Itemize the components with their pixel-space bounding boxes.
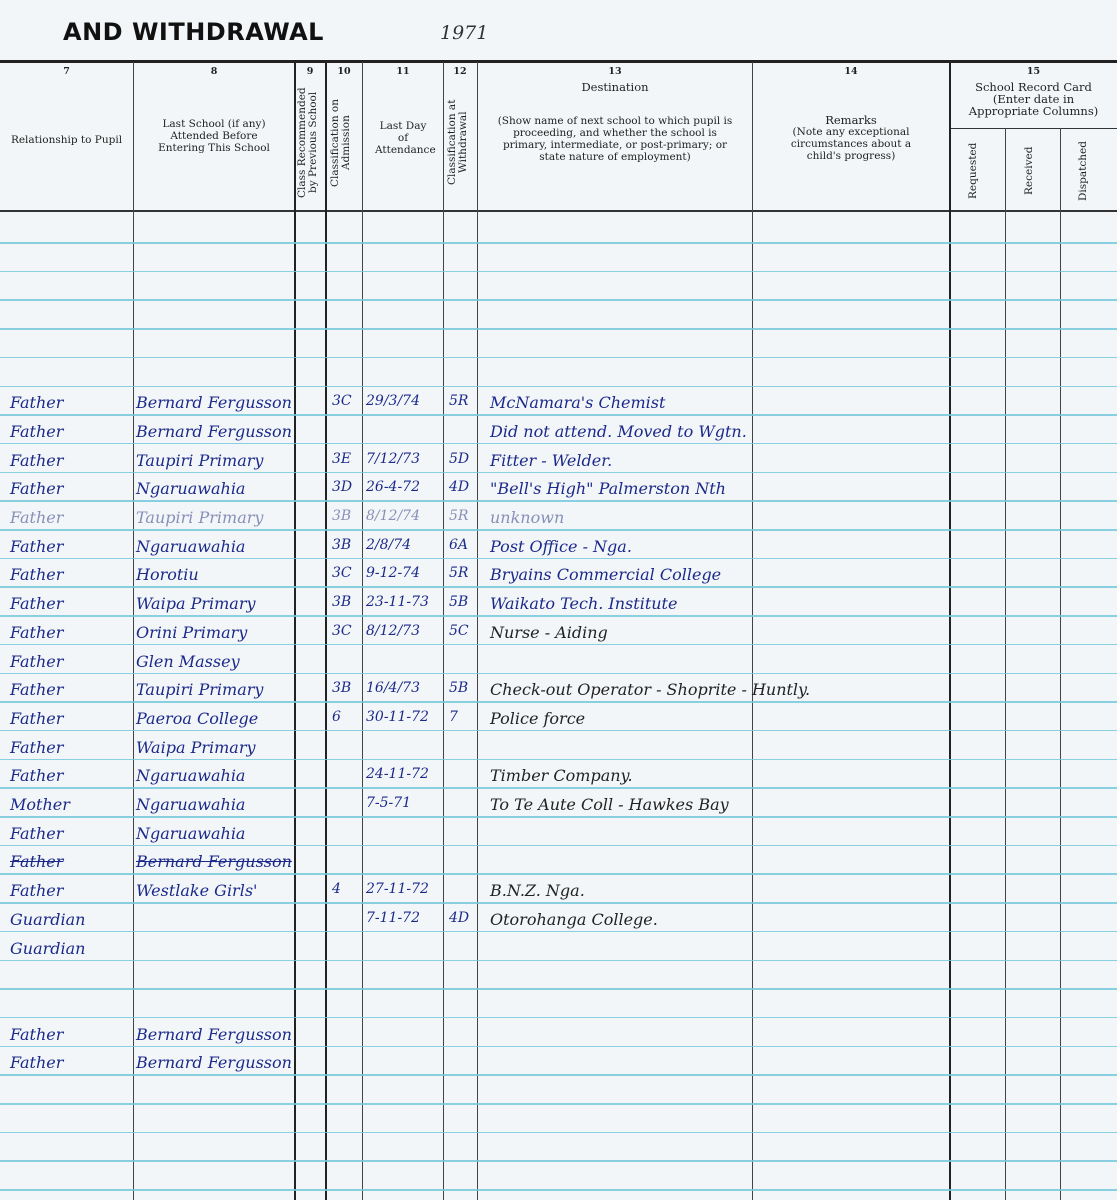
column-divider bbox=[752, 62, 753, 1200]
ruled-line bbox=[0, 1189, 1117, 1191]
header-class-admission: 10 bbox=[326, 66, 362, 81]
cell-last-day: 2/8/74 bbox=[366, 537, 411, 553]
cell-last-day: 30-11-72 bbox=[366, 709, 429, 725]
cell-class-withdrawal: 5B bbox=[449, 594, 468, 610]
cell-last-school: Bernard Fergusson bbox=[136, 1053, 292, 1072]
header-received: Received bbox=[1024, 138, 1046, 204]
cell-relationship: Father bbox=[10, 824, 63, 843]
cell-class-admission: 4 bbox=[332, 881, 341, 897]
cell-relationship: Father bbox=[10, 422, 63, 441]
cell-last-school: Taupiri Primary bbox=[136, 508, 263, 527]
cell-destination: McNamara's Chemist bbox=[490, 393, 665, 412]
sub-header-rule bbox=[950, 128, 1117, 129]
cell-destination: B.N.Z. Nga. bbox=[490, 881, 585, 900]
ruled-line bbox=[0, 1074, 1117, 1076]
cell-relationship: Father bbox=[10, 451, 63, 470]
header-class-withdrawal-label: Classification at Withdrawal bbox=[447, 80, 473, 205]
ruled-line bbox=[0, 271, 1117, 273]
cell-last-day: 7-5-71 bbox=[366, 795, 411, 811]
ruled-line bbox=[0, 931, 1117, 933]
cell-last-school: Taupiri Primary bbox=[136, 680, 263, 699]
header-last-day: 11 Last Day of Attendance bbox=[363, 66, 443, 156]
cell-last-day: 8/12/73 bbox=[366, 623, 420, 639]
header-destination: 13 Destination (Show name of next school… bbox=[478, 66, 752, 163]
cell-destination: Otorohanga College. bbox=[490, 910, 658, 929]
column-divider bbox=[362, 62, 363, 1200]
cell-last-day: 8/12/74 bbox=[366, 508, 420, 524]
cell-relationship: Father bbox=[10, 594, 63, 613]
ruled-line bbox=[0, 242, 1117, 244]
cell-last-day: 27-11-72 bbox=[366, 881, 429, 897]
cell-relationship: Father bbox=[10, 738, 63, 757]
cell-class-withdrawal: 7 bbox=[449, 709, 458, 725]
ruled-line bbox=[0, 299, 1117, 301]
header-class-admission-label: Classification on Admission bbox=[330, 80, 356, 205]
cell-relationship: Father bbox=[10, 852, 63, 871]
cell-class-admission: 3C bbox=[332, 393, 352, 409]
column-divider bbox=[1005, 128, 1006, 1200]
cell-last-school: Orini Primary bbox=[136, 623, 247, 642]
ruled-line bbox=[0, 414, 1117, 416]
cell-destination: Waikato Tech. Institute bbox=[490, 594, 677, 613]
cell-relationship: Father bbox=[10, 565, 63, 584]
cell-last-school: Taupiri Primary bbox=[136, 451, 263, 470]
header-class-withdrawal: 12 bbox=[444, 66, 476, 81]
cell-class-admission: 3B bbox=[332, 508, 351, 524]
cell-class-admission: 6 bbox=[332, 709, 341, 725]
cell-last-school: Bernard Fergusson bbox=[136, 852, 292, 871]
cell-class-withdrawal: 4D bbox=[449, 479, 469, 495]
cell-class-admission: 3D bbox=[332, 479, 352, 495]
header-record-card: 15 School Record Card (Enter date in App… bbox=[950, 66, 1117, 117]
cell-relationship: Father bbox=[10, 766, 63, 785]
ruled-line bbox=[0, 1132, 1117, 1134]
ruled-line bbox=[0, 759, 1117, 761]
cell-class-withdrawal: 5D bbox=[449, 451, 469, 467]
cell-destination: Post Office - Nga. bbox=[490, 537, 632, 556]
column-divider bbox=[949, 62, 951, 1200]
ruled-line bbox=[0, 644, 1117, 646]
cell-last-school: Horotiu bbox=[136, 565, 199, 584]
header-remarks: 14 Remarks (Note any exceptional circums… bbox=[753, 66, 949, 162]
ruled-line bbox=[0, 357, 1117, 359]
header-dispatched: Dispatched bbox=[1078, 138, 1100, 204]
year-annotation: 1971 bbox=[440, 22, 488, 44]
column-divider bbox=[294, 62, 296, 1200]
cell-class-admission: 3B bbox=[332, 537, 351, 553]
cell-class-admission: 3C bbox=[332, 623, 352, 639]
ruled-line bbox=[0, 443, 1117, 445]
cell-relationship: Father bbox=[10, 680, 63, 699]
cell-relationship: Guardian bbox=[10, 939, 85, 958]
cell-relationship: Father bbox=[10, 652, 63, 671]
cell-class-admission: 3B bbox=[332, 594, 351, 610]
ruled-line bbox=[0, 787, 1117, 789]
column-divider bbox=[133, 62, 134, 1200]
cell-destination: Timber Company. bbox=[490, 766, 633, 785]
cell-destination: "Bell's High" Palmerston Nth bbox=[490, 479, 726, 498]
ruled-line bbox=[0, 1103, 1117, 1105]
cell-relationship: Father bbox=[10, 623, 63, 642]
cell-class-withdrawal: 5R bbox=[449, 508, 468, 524]
ruled-line bbox=[0, 1046, 1117, 1048]
cell-class-withdrawal: 5B bbox=[449, 680, 468, 696]
cell-last-day: 24-11-72 bbox=[366, 766, 429, 782]
cell-relationship: Father bbox=[10, 881, 63, 900]
ruled-line bbox=[0, 586, 1117, 588]
cell-last-school: Paeroa College bbox=[136, 709, 258, 728]
cell-class-withdrawal: 4D bbox=[449, 910, 469, 926]
cell-class-withdrawal: 5C bbox=[449, 623, 469, 639]
cell-last-day: 7-11-72 bbox=[366, 910, 420, 926]
ruled-line bbox=[0, 960, 1117, 962]
ruled-line bbox=[0, 472, 1117, 474]
ruled-line bbox=[0, 500, 1117, 502]
cell-last-school: Ngaruawahia bbox=[136, 537, 245, 556]
header-last-school: 8 Last School (if any) Attended Before E… bbox=[134, 66, 294, 154]
ruled-line bbox=[0, 730, 1117, 732]
cell-last-school: Waipa Primary bbox=[136, 738, 256, 757]
cell-relationship: Guardian bbox=[10, 910, 85, 929]
header-class-recommended-label: Class Recommended by Previous School bbox=[297, 80, 323, 205]
cell-last-school: Ngaruawahia bbox=[136, 766, 245, 785]
cell-destination: Check-out Operator - Shoprite - Huntly. bbox=[490, 680, 810, 699]
cell-relationship: Father bbox=[10, 537, 63, 556]
ruled-line bbox=[0, 902, 1117, 904]
cell-relationship: Father bbox=[10, 508, 63, 527]
cell-relationship: Father bbox=[10, 1053, 63, 1072]
cell-last-day: 9-12-74 bbox=[366, 565, 420, 581]
ruled-line bbox=[0, 386, 1117, 388]
cell-destination: Nurse - Aiding bbox=[490, 623, 608, 642]
cell-relationship: Father bbox=[10, 479, 63, 498]
column-divider bbox=[477, 62, 478, 1200]
cell-class-admission: 3E bbox=[332, 451, 351, 467]
ruled-line bbox=[0, 873, 1117, 875]
cell-last-school: Bernard Fergusson bbox=[136, 422, 292, 441]
ruled-line bbox=[0, 816, 1117, 818]
cell-last-school: Bernard Fergusson bbox=[136, 1025, 292, 1044]
ruled-line bbox=[0, 988, 1117, 990]
cell-relationship: Father bbox=[10, 709, 63, 728]
column-divider bbox=[325, 62, 327, 1200]
ruled-line bbox=[0, 529, 1117, 531]
cell-class-admission: 3B bbox=[332, 680, 351, 696]
cell-relationship: Mother bbox=[10, 795, 70, 814]
cell-destination: To Te Aute Coll - Hawkes Bay bbox=[490, 795, 729, 814]
cell-last-school: Ngaruawahia bbox=[136, 479, 245, 498]
cell-last-day: 26-4-72 bbox=[366, 479, 420, 495]
page-title: AND WITHDRAWAL bbox=[63, 18, 324, 46]
cell-class-admission: 3C bbox=[332, 565, 352, 581]
cell-destination: Did not attend. Moved to Wgtn. bbox=[490, 422, 747, 441]
cell-last-day: 7/12/73 bbox=[366, 451, 420, 467]
cell-last-school: Bernard Fergusson bbox=[136, 393, 292, 412]
cell-relationship: Father bbox=[10, 1025, 63, 1044]
cell-last-day: 16/4/73 bbox=[366, 680, 420, 696]
ruled-line bbox=[0, 701, 1117, 703]
cell-relationship: Father bbox=[10, 393, 63, 412]
cell-class-withdrawal: 5R bbox=[449, 565, 468, 581]
cell-destination: Police force bbox=[490, 709, 585, 728]
cell-class-withdrawal: 5R bbox=[449, 393, 468, 409]
ruled-line bbox=[0, 328, 1117, 330]
cell-last-day: 29/3/74 bbox=[366, 393, 420, 409]
cell-destination: Fitter - Welder. bbox=[490, 451, 612, 470]
cell-class-withdrawal: 6A bbox=[449, 537, 468, 553]
cell-last-school: Ngaruawahia bbox=[136, 824, 245, 843]
ruled-line bbox=[0, 845, 1117, 847]
ruled-line bbox=[0, 615, 1117, 617]
cell-last-day: 23-11-73 bbox=[366, 594, 429, 610]
column-divider bbox=[1060, 128, 1061, 1200]
column-divider bbox=[443, 62, 444, 1200]
header-requested: Requested bbox=[968, 138, 990, 204]
cell-destination: unknown bbox=[490, 508, 564, 527]
cell-last-school: Glen Massey bbox=[136, 652, 240, 671]
ruled-line bbox=[0, 558, 1117, 560]
ruled-line bbox=[0, 1017, 1117, 1019]
cell-last-school: Waipa Primary bbox=[136, 594, 256, 613]
cell-last-school: Westlake Girls' bbox=[136, 881, 257, 900]
header-class-recommended: 9 bbox=[295, 66, 325, 81]
cell-destination: Bryains Commercial College bbox=[490, 565, 721, 584]
ruled-line bbox=[0, 673, 1117, 675]
header-relationship: 7 Relationship to Pupil bbox=[0, 66, 133, 146]
ruled-line bbox=[0, 1160, 1117, 1162]
cell-last-school: Ngaruawahia bbox=[136, 795, 245, 814]
